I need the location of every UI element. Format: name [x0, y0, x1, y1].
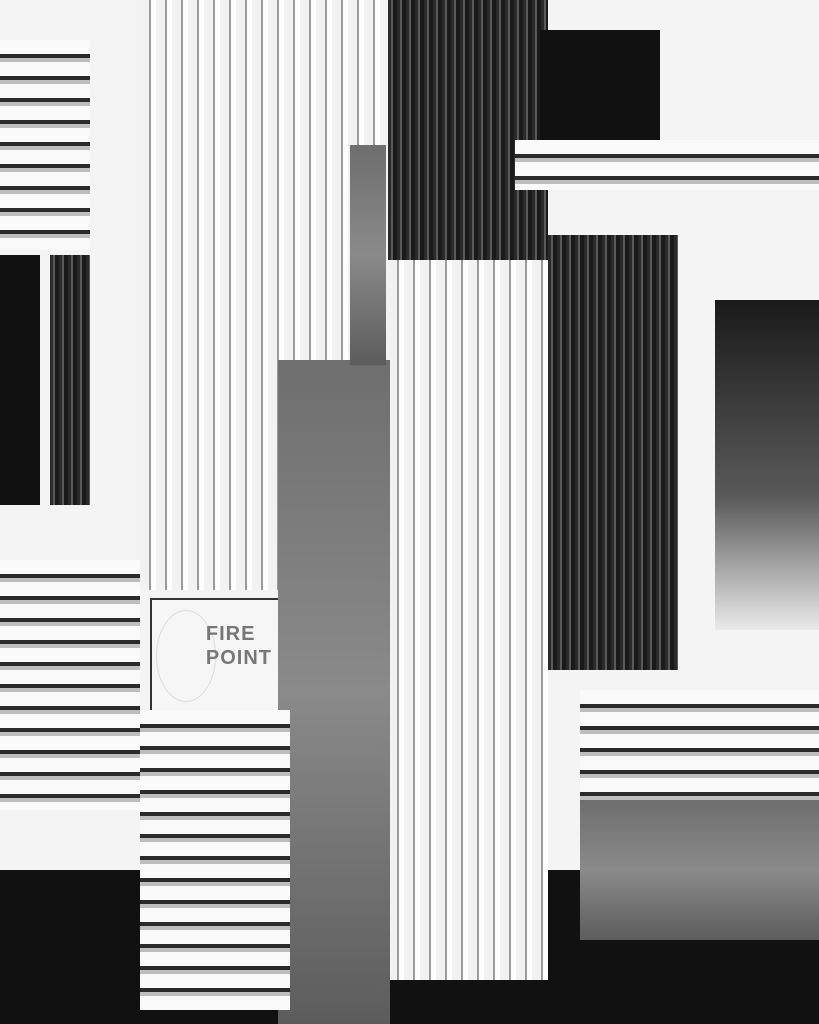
sign-text: FIRE POINT	[206, 622, 272, 670]
sign-line-1: FIRE	[206, 622, 272, 646]
sign-line-2: POINT	[206, 646, 272, 670]
grey-strip	[350, 145, 386, 365]
photo-scene: FIRE POINT	[0, 0, 819, 1024]
central-dark-column	[388, 0, 548, 270]
lower-left-corrugated-wall	[0, 560, 140, 810]
left-window-pane	[50, 255, 90, 505]
right-grey-base	[580, 800, 819, 940]
fire-point-sign: FIRE POINT	[150, 598, 284, 722]
lower-center-corrugated	[140, 710, 290, 1010]
left-window	[0, 255, 40, 505]
grey-board	[278, 360, 390, 1024]
left-corrugated-wall	[0, 40, 90, 250]
central-lower-panel	[388, 260, 548, 980]
upper-right-opening	[540, 30, 660, 140]
roof-edge	[515, 140, 819, 190]
right-dark-panel	[548, 235, 678, 670]
right-doorway	[715, 300, 819, 630]
